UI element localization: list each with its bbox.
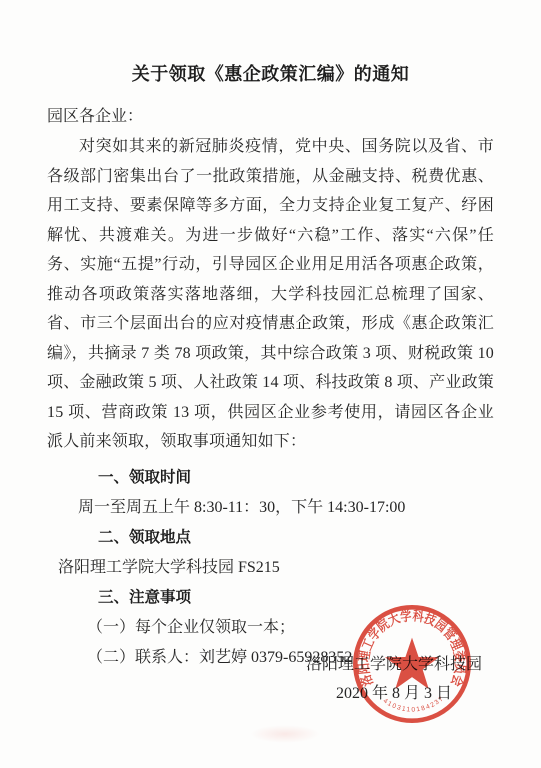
signature-block: 洛阳理工学院大学科技园 2020 年 8 月 3 日 [306,650,482,708]
notice-content: 关于领取《惠企政策汇编》的通知 园区各企业： 对突如其来的新冠肺炎疫情，党中央、… [0,0,541,673]
section-line-note-1: （一）每个企业仅领取一本； [87,613,494,643]
section-line-pickup-location: 洛阳理工学院大学科技园 FS215 [58,553,494,583]
sections: 一、领取时间 周一至周五上午 8:30-11：30，下午 14:30-17:00… [47,463,494,673]
section-heading-pickup-location: 二、领取地点 [98,523,494,553]
body-paragraph: 对突如其来的新冠肺炎疫情，党中央、国务院以及省、市各级部门密集出台了一批政策措施… [47,132,494,457]
notice-document-page: 关于领取《惠企政策汇编》的通知 园区各企业： 对突如其来的新冠肺炎疫情，党中央、… [0,0,541,768]
signature-org: 洛阳理工学院大学科技园 [306,650,482,679]
notice-title: 关于领取《惠企政策汇编》的通知 [47,60,494,86]
section-heading-pickup-time: 一、领取时间 [98,463,494,493]
section-line-pickup-time: 周一至周五上午 8:30-11：30，下午 14:30-17:00 [78,493,494,523]
signature-date: 2020 年 8 月 3 日 [306,679,482,708]
ink-smudge [250,725,320,743]
section-heading-notes: 三、注意事项 [98,583,494,613]
salutation: 园区各企业： [47,102,494,132]
